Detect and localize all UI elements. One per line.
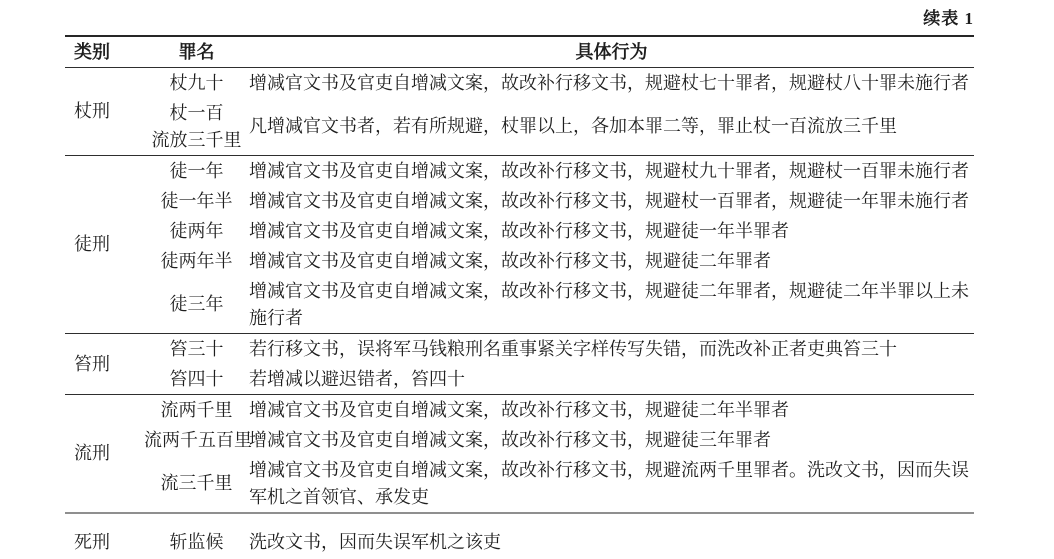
category-cell: 流刑 — [65, 395, 144, 514]
behavior-cell: 增减官文书及官吏自增减文案，故改补行移文书，规避徒二年罪者，规避徒二年半罪以上未… — [249, 276, 974, 334]
crime-cell: 徒两年 — [144, 216, 249, 246]
crime-cell: 杖一百 流放三千里 — [144, 98, 249, 156]
category-cell: 笞刑 — [65, 334, 144, 395]
section-cane-punishment: 杖刑 杖九十 增减官文书及官吏自增减文案，故改补行移文书，规避杖七十罪者，规避杖… — [65, 68, 974, 156]
table-row: 徒三年 增减官文书及官吏自增减文案，故改补行移文书，规避徒二年罪者，规避徒二年半… — [65, 276, 974, 334]
crime-cell: 徒两年半 — [144, 246, 249, 276]
crime-cell: 徒一年半 — [144, 186, 249, 216]
crime-cell: 流两千五百里 — [144, 425, 249, 455]
behavior-cell: 增减官文书及官吏自增减文案，故改补行移文书，规避徒二年半罪者 — [249, 395, 974, 426]
crime-cell: 笞三十 — [144, 334, 249, 365]
crime-cell: 斩监候 — [144, 513, 249, 559]
continuation-table-label: 续表 1 — [65, 8, 974, 30]
table-row: 笞四十 若增减以避迟错者，笞四十 — [65, 364, 974, 395]
category-cell: 徒刑 — [65, 156, 144, 334]
crime-cell: 流三千里 — [144, 455, 249, 513]
table-header: 类别 罪名 具体行为 — [65, 36, 974, 68]
crime-cell: 流两千里 — [144, 395, 249, 426]
category-cell: 杖刑 — [65, 68, 144, 156]
crime-cell: 徒三年 — [144, 276, 249, 334]
crime-cell: 笞四十 — [144, 364, 249, 395]
behavior-cell: 增减官文书及官吏自增减文案，故改补行移文书，规避杖九十罪者，规避杖一百罪未施行者 — [249, 156, 974, 187]
table-row: 徒两年 增减官文书及官吏自增减文案，故改补行移文书，规避徒一年半罪者 — [65, 216, 974, 246]
table-row: 徒两年半 增减官文书及官吏自增减文案，故改补行移文书，规避徒二年罪者 — [65, 246, 974, 276]
table-row: 徒刑 徒一年 增减官文书及官吏自增减文案，故改补行移文书，规避杖九十罪者，规避杖… — [65, 156, 974, 187]
crime-cell: 杖九十 — [144, 68, 249, 99]
section-penal-servitude: 徒刑 徒一年 增减官文书及官吏自增减文案，故改补行移文书，规避杖九十罪者，规避杖… — [65, 156, 974, 334]
punishment-table: 类别 罪名 具体行为 杖刑 杖九十 增减官文书及官吏自增减文案，故改补行移文书，… — [65, 35, 974, 559]
header-row: 类别 罪名 具体行为 — [65, 36, 974, 68]
crime-cell: 徒一年 — [144, 156, 249, 187]
table-row: 杖刑 杖九十 增减官文书及官吏自增减文案，故改补行移文书，规避杖七十罪者，规避杖… — [65, 68, 974, 99]
column-header-behavior: 具体行为 — [249, 36, 974, 68]
column-header-crime: 罪名 — [144, 36, 249, 68]
table-row: 流三千里 增减官文书及官吏自增减文案，故改补行移文书，规避流两千里罪者。洗改文书… — [65, 455, 974, 513]
behavior-cell: 洗改文书，因而失误军机之该吏 — [249, 513, 974, 559]
behavior-cell: 若行移文书，误将军马钱粮刑名重事紧关字样传写失错，而洗改补正者吏典笞三十 — [249, 334, 974, 365]
table-row: 笞刑 笞三十 若行移文书，误将军马钱粮刑名重事紧关字样传写失错，而洗改补正者吏典… — [65, 334, 974, 365]
behavior-cell: 增减官文书及官吏自增减文案，故改补行移文书，规避徒二年罪者 — [249, 246, 974, 276]
table-row: 流刑 流两千里 增减官文书及官吏自增减文案，故改补行移文书，规避徒二年半罪者 — [65, 395, 974, 426]
behavior-cell: 若增减以避迟错者，笞四十 — [249, 364, 974, 395]
behavior-cell: 凡增减官文书者，若有所规避，杖罪以上，各加本罪二等，罪止杖一百流放三千里 — [249, 98, 974, 156]
table-row: 杖一百 流放三千里 凡增减官文书者，若有所规避，杖罪以上，各加本罪二等，罪止杖一… — [65, 98, 974, 156]
table-row: 徒一年半 增减官文书及官吏自增减文案，故改补行移文书，规避杖一百罪者，规避徒一年… — [65, 186, 974, 216]
page: 续表 1 类别 罪名 具体行为 杖刑 杖九十 增减官文书及官吏自增减文案，故改补… — [0, 0, 1054, 559]
behavior-cell: 增减官文书及官吏自增减文案，故改补行移文书，规避杖七十罪者，规避杖八十罪未施行者 — [249, 68, 974, 99]
category-cell: 死刑 — [65, 513, 144, 559]
table-row: 死刑 斩监候 洗改文书，因而失误军机之该吏 — [65, 513, 974, 559]
table-row: 流两千五百里 增减官文书及官吏自增减文案，故改补行移文书，规避徒三年罪者 — [65, 425, 974, 455]
behavior-cell: 增减官文书及官吏自增减文案，故改补行移文书，规避杖一百罪者，规避徒一年罪未施行者 — [249, 186, 974, 216]
behavior-cell: 增减官文书及官吏自增减文案，故改补行移文书，规避徒三年罪者 — [249, 425, 974, 455]
section-flogging: 笞刑 笞三十 若行移文书，误将军马钱粮刑名重事紧关字样传写失错，而洗改补正者吏典… — [65, 334, 974, 395]
section-exile: 流刑 流两千里 增减官文书及官吏自增减文案，故改补行移文书，规避徒二年半罪者 流… — [65, 395, 974, 514]
column-header-category: 类别 — [65, 36, 144, 68]
section-death-penalty: 死刑 斩监候 洗改文书，因而失误军机之该吏 — [65, 513, 974, 559]
behavior-cell: 增减官文书及官吏自增减文案，故改补行移文书，规避流两千里罪者。洗改文书，因而失误… — [249, 455, 974, 513]
behavior-cell: 增减官文书及官吏自增减文案，故改补行移文书，规避徒一年半罪者 — [249, 216, 974, 246]
